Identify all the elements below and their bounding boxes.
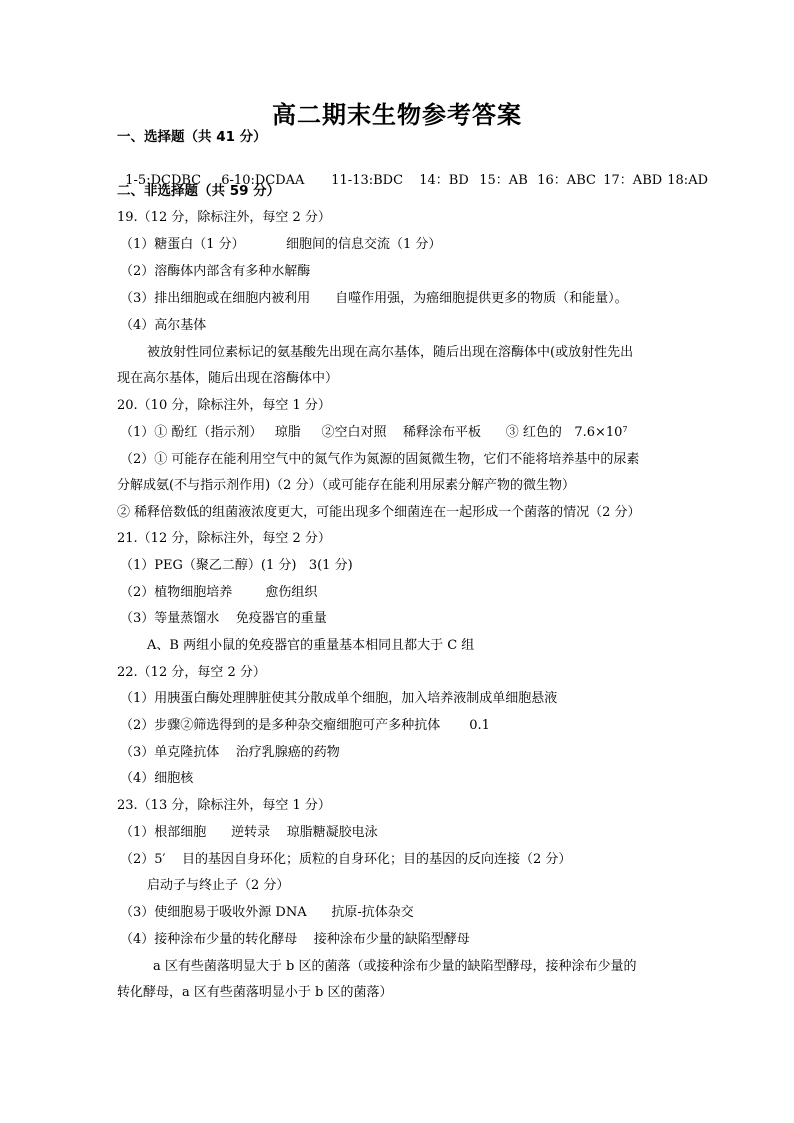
q23-header: 23.（13 分，除标注外，每空 1 分） — [117, 798, 331, 814]
q22-answer-4: （4）细胞核 — [120, 771, 193, 787]
q19-answer-4: （4）高尔基体 — [120, 318, 206, 334]
q23-answer-2: （2）5′ 目的基因自身环化；质粒的自身环化；目的基因的反向连接（2 分） — [120, 852, 571, 868]
q22-answer-1: （1）用胰蛋白酶处理脾脏使其分散成单个细胞，加入培养液制成单细胞悬液 — [120, 691, 557, 707]
mcq-answer: 14：BD — [419, 173, 479, 189]
q23-answer-3: （3）使细胞易于吸收外源 DNA 抗原-抗体杂交 — [120, 905, 414, 921]
q20-answer-1: （1）① 酚红（指示剂） 琼脂 ②空白对照 稀释涂布平板 ③ 红色的 7.6×1… — [120, 425, 628, 441]
q20-answer-2-cont: 分解成氨(不与指示剂作用)（2 分）（或可能存在能利用尿素分解产物的微生物） — [117, 478, 575, 494]
q20-answer-1-text: （1）① 酚红（指示剂） 琼脂 ②空白对照 稀释涂布平板 ③ 红色的 7.6×1… — [120, 425, 622, 440]
page-title: 高二期末生物参考答案 — [0, 95, 794, 130]
mcq-answer: 17：ABD — [603, 173, 667, 189]
q21-answer-2: （2）植物细胞培养 愈伤组织 — [120, 585, 317, 601]
q21-answer-3-detail: A、B 两组小鼠的免疫器官的重量基本相同且都大于 C 组 — [147, 638, 474, 654]
q20-answer-1-exponent: 7 — [622, 425, 627, 434]
q21-answer-1: （1）PEG（聚乙二醇）(1 分) 3(1 分) — [120, 558, 353, 574]
q23-answer-4-detail-cont: 转化酵母，a 区有些菌落明显小于 b 区的菌落） — [117, 985, 392, 1001]
q21-answer-3: （3）等量蒸馏水 免疫器官的重量 — [120, 611, 327, 627]
q19-answer-2: （2）溶酶体内部含有多种水解酶 — [120, 264, 310, 280]
q22-header: 22.（12 分，每空 2 分） — [117, 665, 266, 681]
q19-answer-1: （1）糖蛋白（1 分） 细胞间的信息交流（1 分） — [120, 237, 441, 253]
q20-answer-2-part2: ② 稀释倍数低的组菌液浓度更大，可能出现多个细菌连在一起形成一个菌落的情况（2 … — [117, 505, 641, 521]
q23-answer-1: （1）根部细胞 逆转录 琼脂糖凝胶电泳 — [120, 825, 378, 841]
mcq-answer: 11-13:BDC — [331, 173, 419, 189]
section-heading-mcq: 一、选择题（共 41 分） — [117, 129, 267, 145]
mcq-answer: 16：ABC — [537, 173, 603, 189]
q19-answer-4-detail-cont: 现在高尔基体，随后出现在溶酶体中） — [117, 371, 338, 387]
q22-answer-2: （2）步骤②筛选得到的是多种杂交瘤细胞可产多种抗体 0.1 — [120, 718, 490, 734]
section-heading-free-response: 二、非选择题（共 59 分） — [117, 183, 280, 199]
q19-answer-3: （3）排出细胞或在细胞内被利用 自噬作用强，为癌细胞提供更多的物质（和能量）。 — [120, 291, 628, 307]
q19-header: 19.（12 分，除标注外，每空 2 分） — [117, 210, 331, 226]
q20-header: 20.（10 分，除标注外，每空 1 分） — [117, 398, 331, 414]
mcq-answer: 15：AB — [479, 173, 537, 189]
q23-answer-2-detail: 启动子与终止子（2 分） — [147, 878, 289, 894]
q21-header: 21.（12 分，除标注外，每空 2 分） — [117, 531, 331, 547]
mcq-answer: 18:AD — [667, 173, 708, 189]
q19-answer-4-detail: 被放射性同位素标记的氨基酸先出现在高尔基体，随后出现在溶酶体中(或放射性先出 — [147, 345, 633, 361]
q22-answer-3: （3）单克隆抗体 治疗乳腺癌的药物 — [120, 745, 340, 761]
q23-answer-4: （4）接种涂布少量的转化酵母 接种涂布少量的缺陷型酵母 — [120, 932, 470, 948]
q20-answer-2: （2）① 可能存在能利用空气中的氮气作为氮源的固氮微生物，它们不能将培养基中的尿… — [120, 452, 639, 468]
q23-answer-4-detail: a 区有些菌落明显大于 b 区的菌落（或接种涂布少量的缺陷型酵母，接种涂布少量的 — [153, 959, 636, 975]
